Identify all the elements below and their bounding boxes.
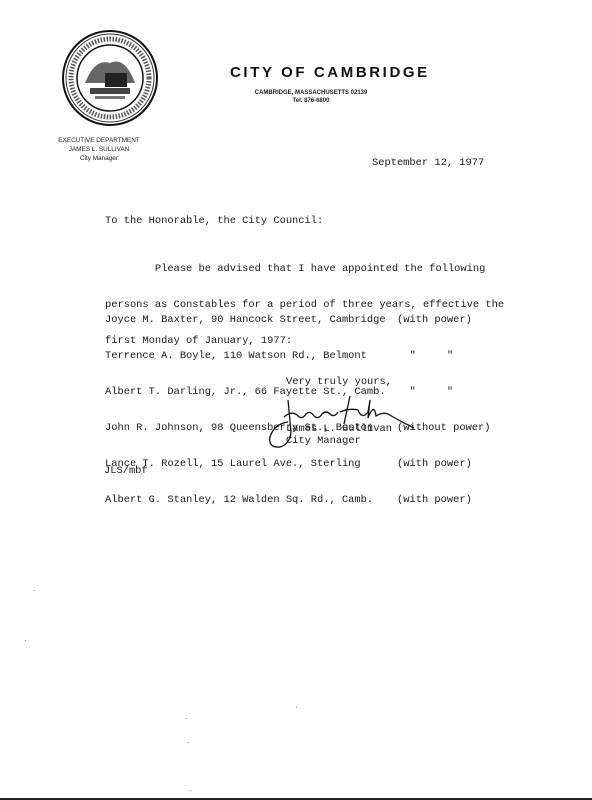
appointee-name-address: Joyce M. Baxter, 90 Hancock Street, Camb… bbox=[105, 314, 397, 326]
signer-title: City Manager bbox=[286, 435, 361, 447]
letterhead-address: CAMBRIDGE, MASSACHUSETTS 02139 bbox=[236, 90, 386, 96]
official-title: City Manager bbox=[54, 155, 144, 162]
scan-speck bbox=[188, 742, 189, 743]
city-title: CITY OF CAMBRIDGE bbox=[230, 64, 430, 81]
letter-date: September 12, 1977 bbox=[372, 157, 484, 169]
official-name: JAMES L. SULLIVAN bbox=[54, 146, 144, 153]
body-line: Please be advised that I have appointed … bbox=[105, 263, 504, 275]
appointee-row: Terrence A. Boyle, 110 Watson Rd., Belmo… bbox=[105, 350, 491, 362]
salutation: To the Honorable, the City Council: bbox=[105, 215, 323, 227]
appointee-row: Joyce M. Baxter, 90 Hancock Street, Camb… bbox=[105, 314, 491, 326]
city-seal-icon bbox=[60, 28, 160, 128]
scan-speck bbox=[296, 707, 297, 708]
scan-speck bbox=[25, 640, 26, 641]
appointee-row: Lance T. Rozell, 15 Laurel Ave., Sterlin… bbox=[105, 458, 491, 470]
scan-speck bbox=[190, 790, 191, 791]
appointee-name-address: Albert G. Stanley, 12 Walden Sq. Rd., Ca… bbox=[105, 494, 397, 506]
appointee-power: (with power) bbox=[397, 458, 472, 470]
reference-initials: JLS/mbf bbox=[104, 465, 148, 477]
closing: Very truly yours, bbox=[286, 376, 392, 388]
scan-speck bbox=[34, 590, 35, 591]
letterhead-telephone: Tel. 876-6800 bbox=[236, 98, 386, 104]
appointee-name-address: Lance T. Rozell, 15 Laurel Ave., Sterlin… bbox=[105, 458, 397, 470]
appointee-row: Albert G. Stanley, 12 Walden Sq. Rd., Ca… bbox=[105, 494, 491, 506]
department-name: EXECUTIVE DEPARTMENT bbox=[54, 137, 144, 144]
scan-speck bbox=[186, 718, 187, 719]
signer-name: James L. Sullivan bbox=[286, 423, 392, 435]
appointee-name-address: Terrence A. Boyle, 110 Watson Rd., Belmo… bbox=[105, 350, 397, 362]
appointee-power: (with power) bbox=[397, 314, 472, 326]
appointee-power: " " bbox=[397, 350, 453, 362]
appointee-power: (with power) bbox=[397, 494, 472, 506]
